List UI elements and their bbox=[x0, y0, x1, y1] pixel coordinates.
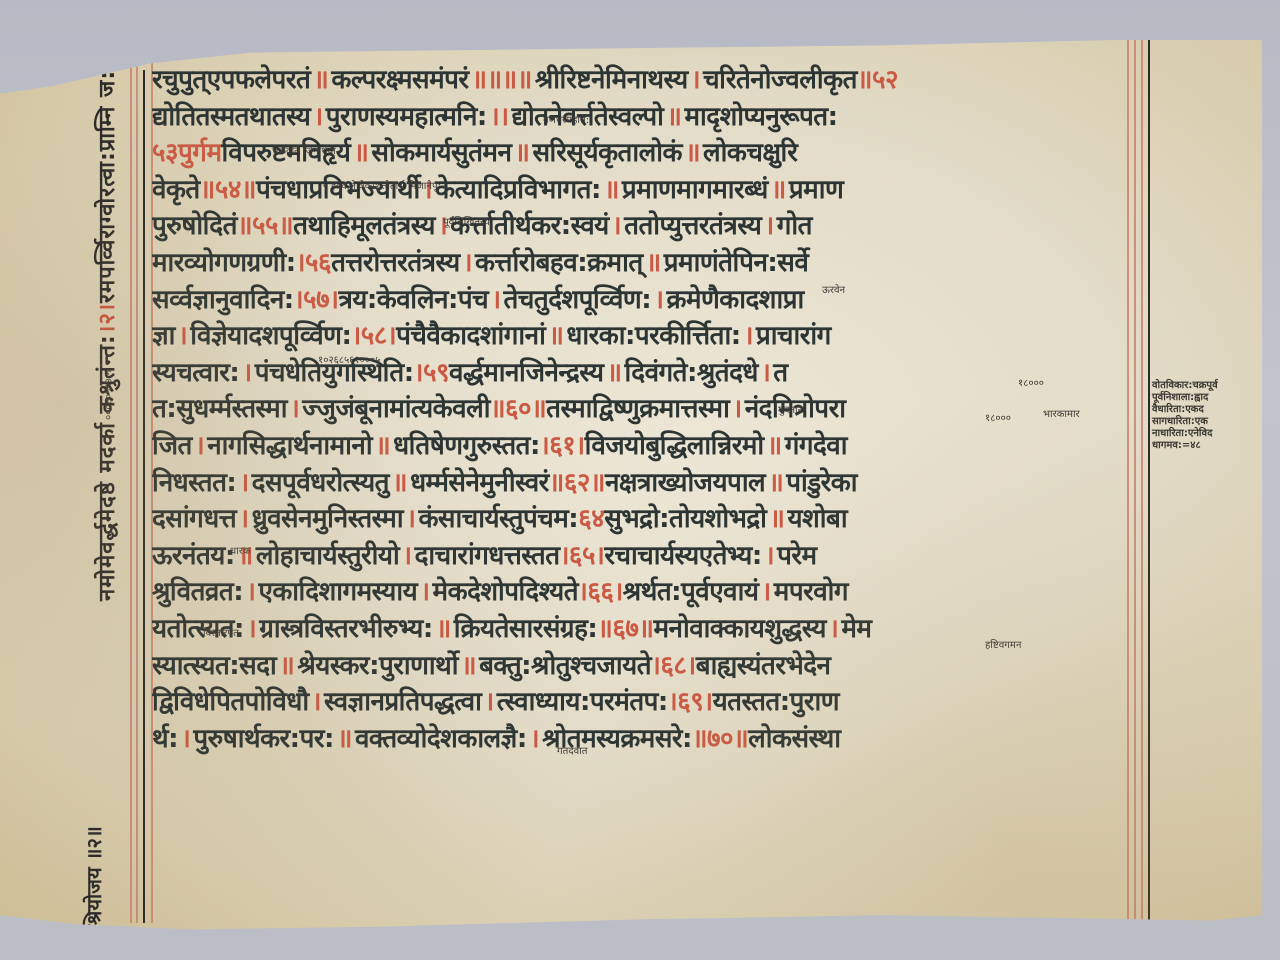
interlinear-gloss: १८००० bbox=[985, 410, 1011, 424]
interlinear-gloss: १०२६८५६१०००५ bbox=[318, 352, 380, 366]
text-line-7: सर्व्वज्ञानुवादिन:।५७।त्रय:केवलिन:पंच।ते… bbox=[152, 282, 1137, 319]
text-line-11: जित।नागसिद्धार्थनामानो॥धतिषेणगुरुस्तत:।६… bbox=[152, 428, 1137, 465]
margin-small-numbers: ५ ६४५०२००० bbox=[100, 370, 114, 420]
text-line-15: श्रुवितव्रत:।एकादिशागमस्याय।मेकदेशोपदिश्… bbox=[152, 574, 1137, 611]
interlinear-gloss: मुक्तान bbox=[778, 402, 803, 416]
text-line-12: निधस्तत:।दसपूर्वधरोत्स्यतु॥धर्म्मसेनेमुन… bbox=[152, 465, 1137, 502]
left-ruling-black bbox=[143, 70, 145, 923]
interlinear-gloss: पूर्वलिखितस्य bbox=[443, 214, 490, 228]
interlinear-gloss: • इक्कले त्रेकाशतोतार्थ मिजानेपू: bbox=[322, 178, 441, 192]
margin-text-rest: रमपर्व्विराग्वोरत्वा:प्राम्नि ज: bbox=[93, 70, 123, 303]
interlinear-gloss: हष्टिवगमन bbox=[985, 637, 1021, 651]
text-line-6: मारव्योगणग्रणी:।५६तत्तरोत्तरतंत्रस्य।कर्… bbox=[152, 245, 1137, 282]
interlinear-gloss: चक्रवर्ति जिनार्थवा bbox=[272, 143, 336, 157]
text-line-5: पुरुषोदितं॥५५॥तथाहिमूलतंत्रस्य।कर्त्ताती… bbox=[152, 208, 1137, 245]
interlinear-gloss: गणधरमहर्षि: bbox=[543, 112, 589, 126]
text-line-19: र्थ:।पुरुषार्थकर:पर:॥वक्तव्योदेशकालज्ञै:… bbox=[152, 721, 1137, 758]
left-ruling-red-2 bbox=[136, 40, 138, 923]
text-line-1: रचुपुत्एपफलेपरतं॥कल्परक्ष्मसमंपरं॥॥॥॥श्र… bbox=[152, 62, 1137, 99]
interlinear-gloss: धारक bbox=[230, 543, 251, 557]
interlinear-gloss: ऊरवेन bbox=[822, 282, 845, 296]
manuscript-folio: नमोमेवर्द्धमेदष्ठे मदर्का कश्रुतंन्त: ।२… bbox=[0, 40, 1262, 933]
left-margin-text: नमोमेवर्द्धमेदष्ठे मदर्का कश्रुतंन्त: ।२… bbox=[88, 70, 128, 790]
text-line-17: स्यात्स्यत:सदा॥श्रेयस्कर:पुराणार्थो॥बक्त… bbox=[152, 648, 1137, 685]
text-line-8: ज्ञा।विज्ञेयादशपूर्व्विण:।५८।पंचैवैकादशा… bbox=[152, 318, 1137, 355]
left-margin-tail-text: श्रियोजय ॥२॥ bbox=[80, 780, 126, 930]
text-line-2: द्योतितस्मतथातस्य।पुराणस्यमहात्मनि:।।द्य… bbox=[152, 99, 1137, 136]
text-line-13: दसांगधत्त।ध्रुवसेनमुनिस्तस्मा।कंसाचार्यस… bbox=[152, 501, 1137, 538]
right-ruling-red-3 bbox=[1141, 40, 1143, 923]
interlinear-gloss: भारकामार bbox=[1043, 406, 1080, 420]
text-line-9: स्यचत्वार:।पंचधेतियुगस्थिति:।५९वर्द्धमान… bbox=[152, 355, 1137, 392]
left-ruling-red-1 bbox=[130, 40, 132, 923]
interlinear-gloss: विस्तारपत bbox=[203, 625, 239, 639]
right-ruling-black bbox=[1148, 10, 1150, 923]
interlinear-gloss: १८००० bbox=[1018, 375, 1044, 389]
right-margin-note: वोतविकार:चक्रपूर्व पूर्वनिशाला:ह्वाद वैध… bbox=[1152, 380, 1262, 452]
text-line-14: ऊरनंतय:॥लोहाचार्यस्तुरीयो।दाचारांगधत्तस्… bbox=[152, 538, 1137, 575]
margin-text-red: ।२। bbox=[93, 303, 123, 334]
interlinear-gloss: गतदेवात bbox=[557, 743, 588, 757]
text-line-18: द्विविधेपितपोविधौ।स्वज्ञानप्रतिपद्धत्वा।… bbox=[152, 684, 1137, 721]
text-line-4: वेकृते॥५४॥पंचधाप्रविभज्यार्थी।केत्यादिप्… bbox=[152, 172, 1137, 209]
